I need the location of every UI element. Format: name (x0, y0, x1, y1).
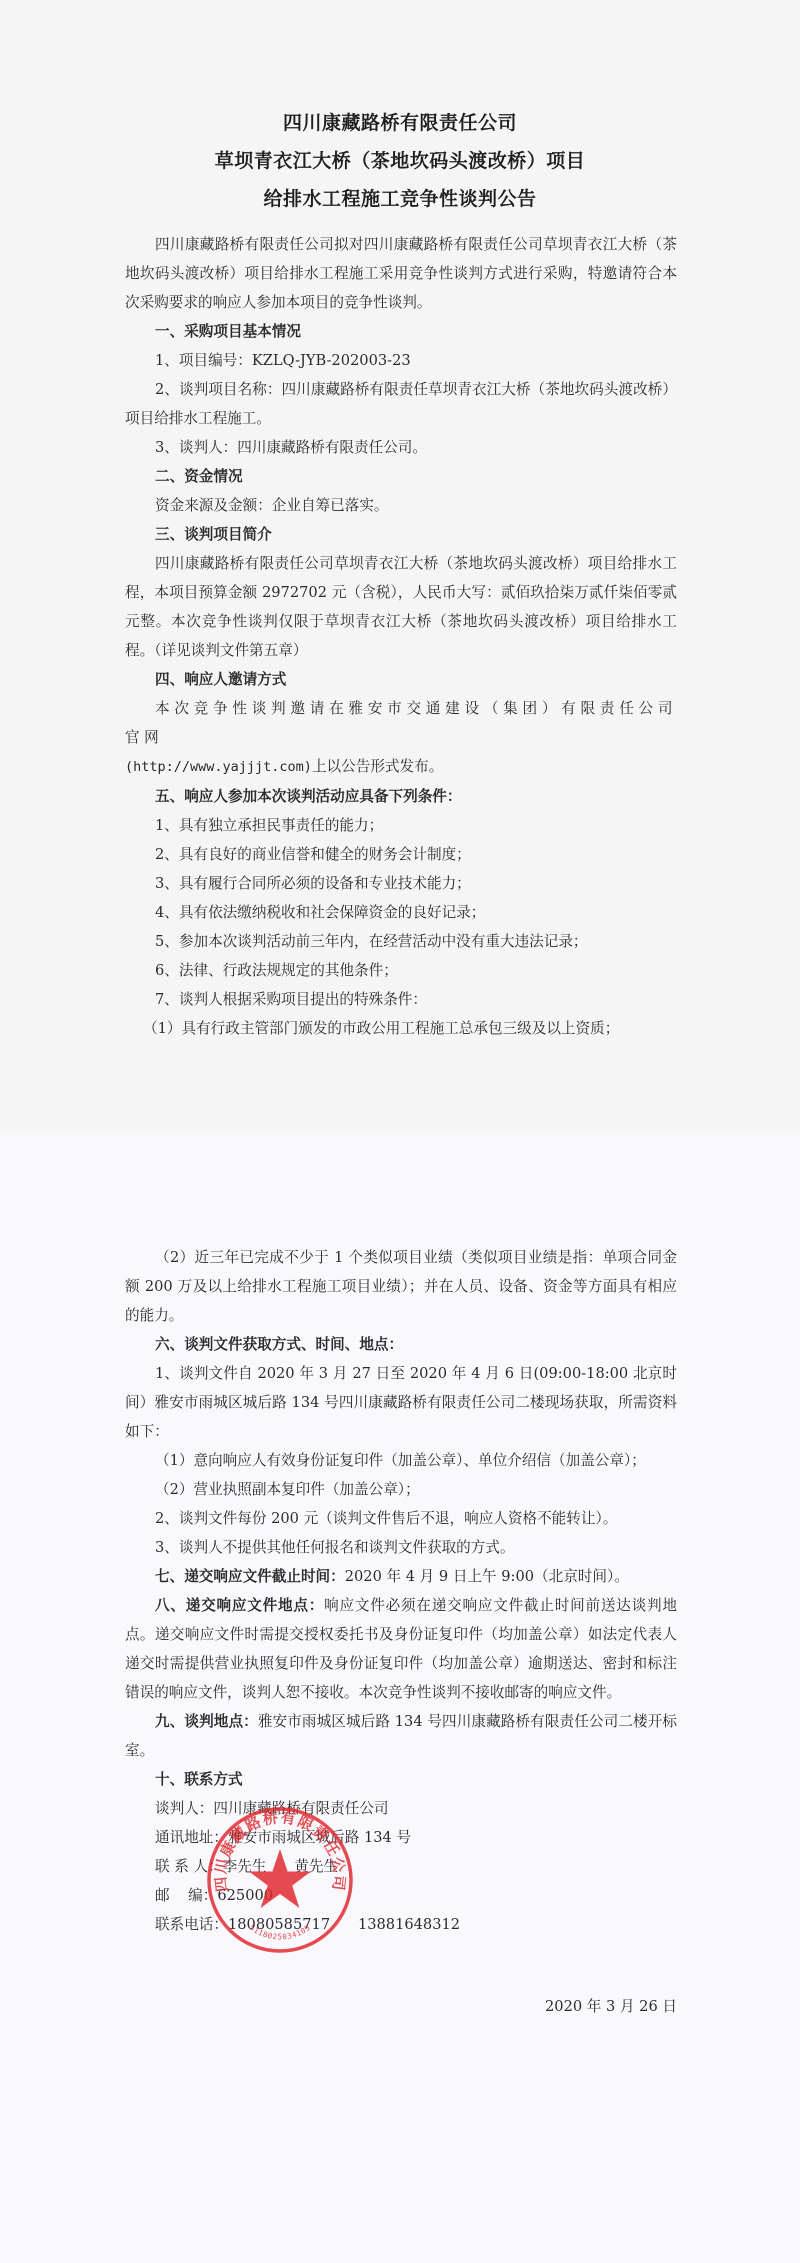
condition-1: 1、具有独立承担民事责任的能力； (125, 811, 677, 840)
section-10-heading: 十、联系方式 (125, 1765, 677, 1794)
section-1-heading: 一、采购项目基本情况 (125, 317, 677, 346)
website-link[interactable]: (http://www.yajjjt.com) (125, 759, 312, 775)
special-condition-1: （1）具有行政主管部门颁发的市政公用工程施工总承包三级及以上资质； (125, 1014, 677, 1043)
required-material-1: （1）意向响应人有效身份证复印件（加盖公章）、单位介绍信（加盖公章）； (125, 1446, 677, 1475)
project-summary: 四川康藏路桥有限责任公司草坝青衣江大桥（茶地坎码头渡改桥）项目给排水工程，本项目… (125, 549, 677, 665)
section-5-heading: 五、响应人参加本次谈判活动应具备下列条件： (125, 782, 677, 811)
document-title: 四川康藏路桥有限责任公司 草坝青衣江大桥（茶地坎码头渡改桥）项目 给排水工程施工… (0, 104, 800, 218)
document-fee: 2、谈判文件每份 200 元（谈判文件售后不退，响应人资格不能转让）。 (125, 1504, 677, 1533)
contact-persons: 联 系 人：李先生 黄先生 (125, 1852, 677, 1881)
funding-source: 资金来源及金额：企业自筹已落实。 (125, 491, 677, 520)
condition-2: 2、具有良好的商业信誉和健全的财务会计制度； (125, 840, 677, 869)
project-name: 2、谈判项目名称：四川康藏路桥有限责任草坝青衣江大桥（茶地坎码头渡改桥）项目给排… (125, 375, 677, 433)
invitation-url-line: (http://www.yajjjt.com)上以公告形式发布。 (125, 752, 677, 782)
title-line-notice: 给排水工程施工竞争性谈判公告 (0, 180, 800, 218)
document-body-page-1: 四川康藏路桥有限责任公司拟对四川康藏路桥有限责任公司草坝青衣江大桥（茶地坎码头渡… (125, 230, 677, 1043)
section-8-location: 八、递交响应文件地点：响应文件必须在递交响应文件截止时间前送达谈判地点。递交响应… (125, 1591, 677, 1707)
contact-phone: 联系电话：18080585717 13881648312 (125, 1910, 677, 1939)
intro-paragraph: 四川康藏路桥有限责任公司拟对四川康藏路桥有限责任公司草坝青衣江大桥（茶地坎码头渡… (125, 230, 677, 317)
section-4-heading: 四、响应人邀请方式 (125, 665, 677, 694)
title-line-company: 四川康藏路桥有限责任公司 (0, 104, 800, 142)
section-2-heading: 二、资金情况 (125, 462, 677, 491)
special-condition-2: （2）近三年已完成不少于 1 个类似项目业绩（类似项目业绩是指：单项合同金额 2… (125, 1243, 677, 1330)
section-6-heading: 六、谈判文件获取方式、时间、地点： (125, 1330, 677, 1359)
condition-7: 7、谈判人根据采购项目提出的特殊条件： (125, 985, 677, 1014)
deadline-text: 2020 年 4 月 9 日上午 9:00（北京时间）。 (345, 1568, 629, 1585)
invitation-text: 本次竞争性谈判邀请在雅安市交通建设（集团）有限责任公司官网 (125, 694, 677, 752)
required-material-2: （2）营业执照副本复印件（加盖公章）； (125, 1475, 677, 1504)
document-acquisition: 1、谈判文件自 2020 年 3 月 27 日至 2020 年 4 月 6 日(… (125, 1359, 677, 1446)
section-7-deadline: 七、递交响应文件截止时间：2020 年 4 月 9 日上午 9:00（北京时间）… (125, 1562, 677, 1591)
invitation-text-rest: 上以公告形式发布。 (312, 758, 443, 775)
section-8-heading: 八、递交响应文件地点： (155, 1597, 324, 1614)
condition-6: 6、法律、行政法规规定的其他条件； (125, 956, 677, 985)
section-7-heading: 七、递交响应文件截止时间： (155, 1568, 345, 1585)
condition-4: 4、具有依法缴纳税收和社会保障资金的良好记录； (125, 898, 677, 927)
project-number: 1、项目编号：KZLQ-JYB-202003-23 (125, 346, 677, 375)
condition-5: 5、参加本次谈判活动前三年内，在经营活动中没有重大违法记录； (125, 927, 677, 956)
contact-negotiator: 谈判人：四川康藏路桥有限责任公司 (125, 1794, 677, 1823)
document-date: 2020 年 3 月 26 日 (125, 1992, 677, 2021)
negotiator: 3、谈判人：四川康藏路桥有限责任公司。 (125, 433, 677, 462)
contact-postcode: 邮 编：625000 (125, 1881, 677, 1910)
no-other-methods: 3、谈判人不提供其他任何报名和谈判文件获取的方式。 (125, 1533, 677, 1562)
condition-3: 3、具有履行合同所必须的设备和专业技术能力； (125, 869, 677, 898)
section-9-heading: 九、谈判地点： (155, 1713, 258, 1730)
contact-address: 通讯地址：雅安市雨城区城后路 134 号 (125, 1823, 677, 1852)
title-line-project: 草坝青衣江大桥（茶地坎码头渡改桥）项目 (0, 142, 800, 180)
section-9-venue: 九、谈判地点：雅安市雨城区城后路 134 号四川康藏路桥有限责任公司二楼开标室。 (125, 1707, 677, 1765)
section-3-heading: 三、谈判项目简介 (125, 520, 677, 549)
document-body-page-2: （2）近三年已完成不少于 1 个类似项目业绩（类似项目业绩是指：单项合同金额 2… (125, 1243, 677, 1939)
